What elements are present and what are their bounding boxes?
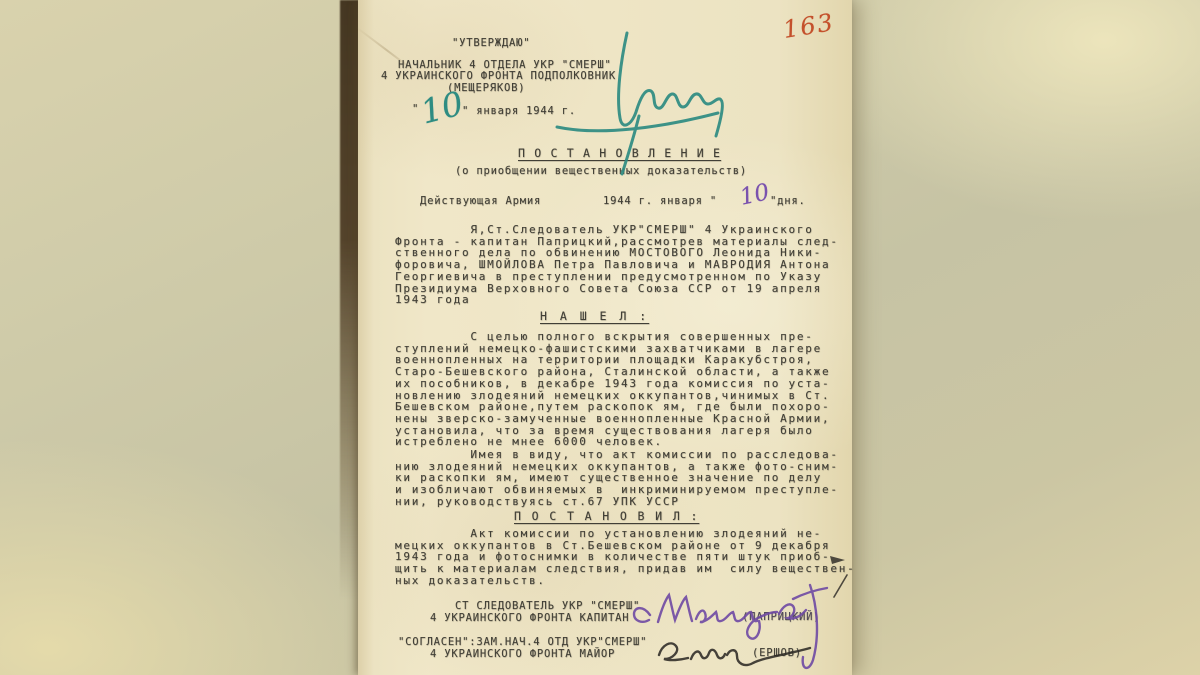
paragraph-evidence: Имея в виду, что акт комиссии по расслед…	[395, 449, 839, 508]
scanned-document-photo: 163 "УТВЕРЖДАЮ" НАЧАЛЬНИК 4 ОТДЕЛА УКР "…	[0, 0, 1200, 675]
investigator-typed-name: (ПАПРИЦКИЙ)	[742, 612, 820, 624]
document-title: П О С Т А Н О В Л Е Н И Е	[518, 146, 721, 160]
paragraph-preamble: Я,Ст.Следователь УКР"СМЕРШ" 4 Украинског…	[395, 224, 839, 306]
approval-date-rest: " января 1944 г.	[462, 106, 576, 118]
found-heading: Н А Ш Е Л :	[540, 309, 649, 323]
dateline-date-pre: 1944 г. января "	[603, 196, 717, 208]
approval-line2: 4 УКРАИНСКОГО ФРОНТА ПОДПОЛКОВНИК	[381, 71, 616, 83]
paragraph-findings: С целью полного вскрытия совершенных пре…	[395, 331, 830, 448]
document-subtitle: (о приобщении вещественных доказательств…	[455, 166, 747, 178]
page-edge-shadow	[340, 0, 359, 600]
approval-stamp: "УТВЕРЖДАЮ"	[452, 38, 530, 50]
signature-title-line2: 4 УКРАИНСКОГО ФРОНТА КАПИТАН	[430, 613, 629, 625]
signature-title-line1: СТ СЛЕДОВАТЕЛЬ УКР "СМЕРШ"	[455, 601, 640, 613]
dateline-army: Действующая Армия	[420, 196, 541, 208]
approver-title-line: 4 УКРАИНСКОГО ФРОНТА МАЙОР	[430, 649, 615, 661]
approval-date-open-quote: "	[412, 104, 419, 116]
paragraph-resolution: Акт комиссии по установлению злодеяний н…	[395, 528, 856, 587]
approver-typed-name: (ЕРШОВ)	[752, 648, 802, 660]
resolved-heading: П О С Т А Н О В И Л :	[514, 509, 699, 523]
agreed-line: "СОГЛАСЕН":ЗАМ.НАЧ.4 ОТД УКР"СМЕРШ"	[398, 637, 647, 649]
dateline-date-post: "дня.	[770, 196, 806, 208]
